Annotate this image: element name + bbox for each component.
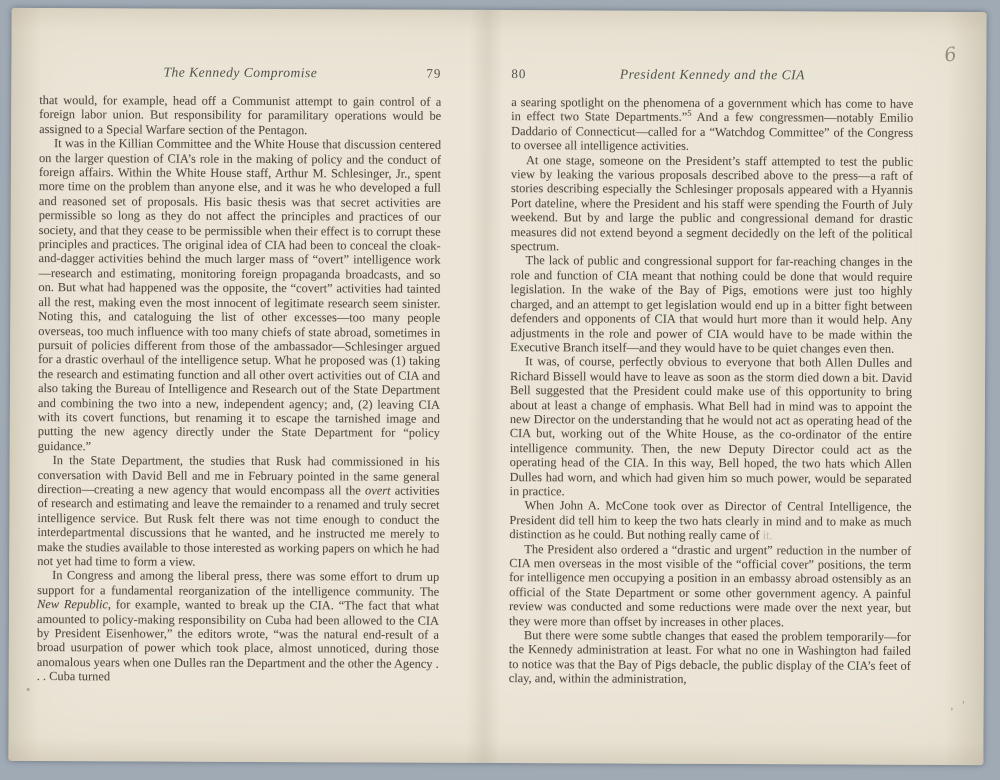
- text-segment: It was, of course, perfectly obvious to …: [510, 354, 913, 498]
- margin-pencil-marks: , ': [950, 698, 967, 713]
- text-segment: At one stage, someone on the President’s…: [511, 153, 913, 254]
- text-segment: When John A. McCone took over as Directo…: [509, 498, 911, 542]
- text-segment: that would, for example, head off a Comm…: [39, 93, 441, 137]
- page-left: The Kennedy Compromise 79 that would, fo…: [8, 8, 481, 763]
- paragraph: But there were some subtle changes that …: [509, 628, 911, 687]
- paragraph: It was, of course, perfectly obvious to …: [510, 354, 913, 500]
- book-scan: The Kennedy Compromise 79 that would, fo…: [8, 8, 986, 765]
- text-segment: The lack of public and congressional sup…: [510, 254, 912, 356]
- page-left-header: The Kennedy Compromise 79: [39, 64, 441, 86]
- text-segment: It was in the Killian Committee and the …: [38, 136, 441, 453]
- running-title-right: President Kennedy and the CIA: [511, 66, 913, 84]
- text-segment: But there were some subtle changes that …: [509, 628, 911, 686]
- page-number-left: 79: [426, 66, 441, 82]
- dust-speck: [27, 688, 30, 691]
- paragraph: When John A. McCone took over as Directo…: [509, 498, 911, 543]
- page-number-right: 80: [511, 66, 526, 82]
- running-title-left: The Kennedy Compromise: [39, 64, 441, 82]
- paragraph: In Congress and among the liberal press,…: [37, 568, 439, 685]
- paragraph: It was in the Killian Committee and the …: [38, 136, 441, 455]
- text-segment: In Congress and among the liberal press,…: [37, 568, 439, 598]
- page-left-body: that would, for example, head off a Comm…: [36, 93, 441, 743]
- paragraph: a searing spotlight on the phenomena of …: [511, 95, 913, 154]
- paragraph: In the State Department, the studies tha…: [37, 453, 439, 570]
- text-segment: it.: [763, 528, 773, 542]
- screenshot-root: { "document_type": "book-scan-two-page-s…: [0, 0, 1000, 780]
- handwritten-pencil-number: 6: [943, 43, 959, 67]
- text-segment: New Republic: [37, 597, 108, 611]
- page-right: 80 President Kennedy and the CIA a seari…: [478, 10, 986, 765]
- page-right-header: 80 President Kennedy and the CIA: [511, 66, 913, 88]
- paragraph: At one stage, someone on the President’s…: [511, 153, 913, 256]
- text-segment: overt: [365, 483, 391, 497]
- page-right-body: a searing spotlight on the phenomena of …: [508, 95, 913, 759]
- paragraph: that would, for example, head off a Comm…: [39, 93, 441, 138]
- paragraph: The President also ordered a “drastic an…: [509, 542, 911, 630]
- paragraph: The lack of public and congressional sup…: [510, 254, 912, 357]
- text-segment: The President also ordered a “drastic an…: [509, 542, 911, 629]
